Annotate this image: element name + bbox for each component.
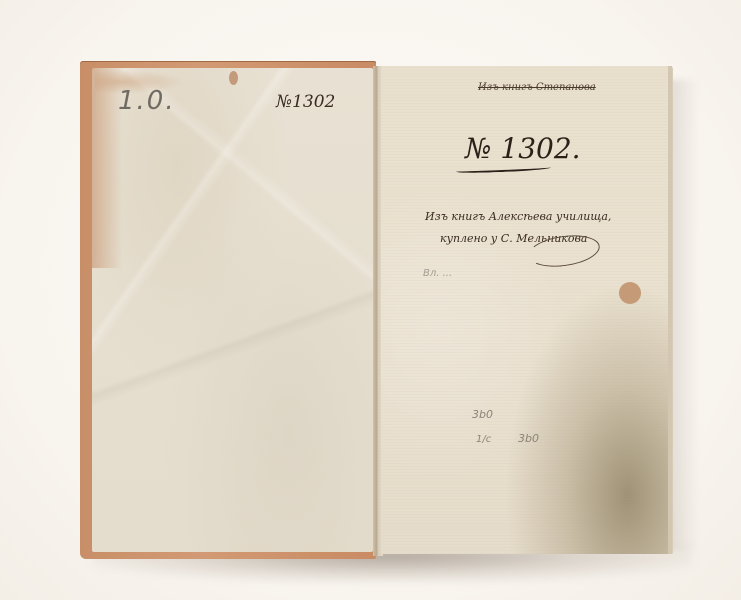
pencil-mark: 3b0 (518, 432, 539, 445)
inside-front-cover (92, 68, 373, 552)
pencil-mark: 3b0 (472, 408, 493, 421)
page-block-edge (668, 66, 672, 554)
provenance-note-line-1: Изъ книгъ Алексѣева училища, (425, 210, 611, 223)
faint-pencil-note: Вл. ... (423, 268, 452, 279)
pencil-mark: 1/c (476, 434, 491, 445)
book-side-shadow (668, 80, 698, 550)
left-inventory-number: №1302 (276, 92, 335, 112)
stain-dot (619, 282, 641, 304)
shelf-mark: 1.0. (118, 86, 176, 116)
main-inventory-number: № 1302. (465, 132, 581, 165)
worm-hole (229, 71, 238, 85)
struck-inscription: Изъ книгъ Степанова (478, 82, 596, 93)
